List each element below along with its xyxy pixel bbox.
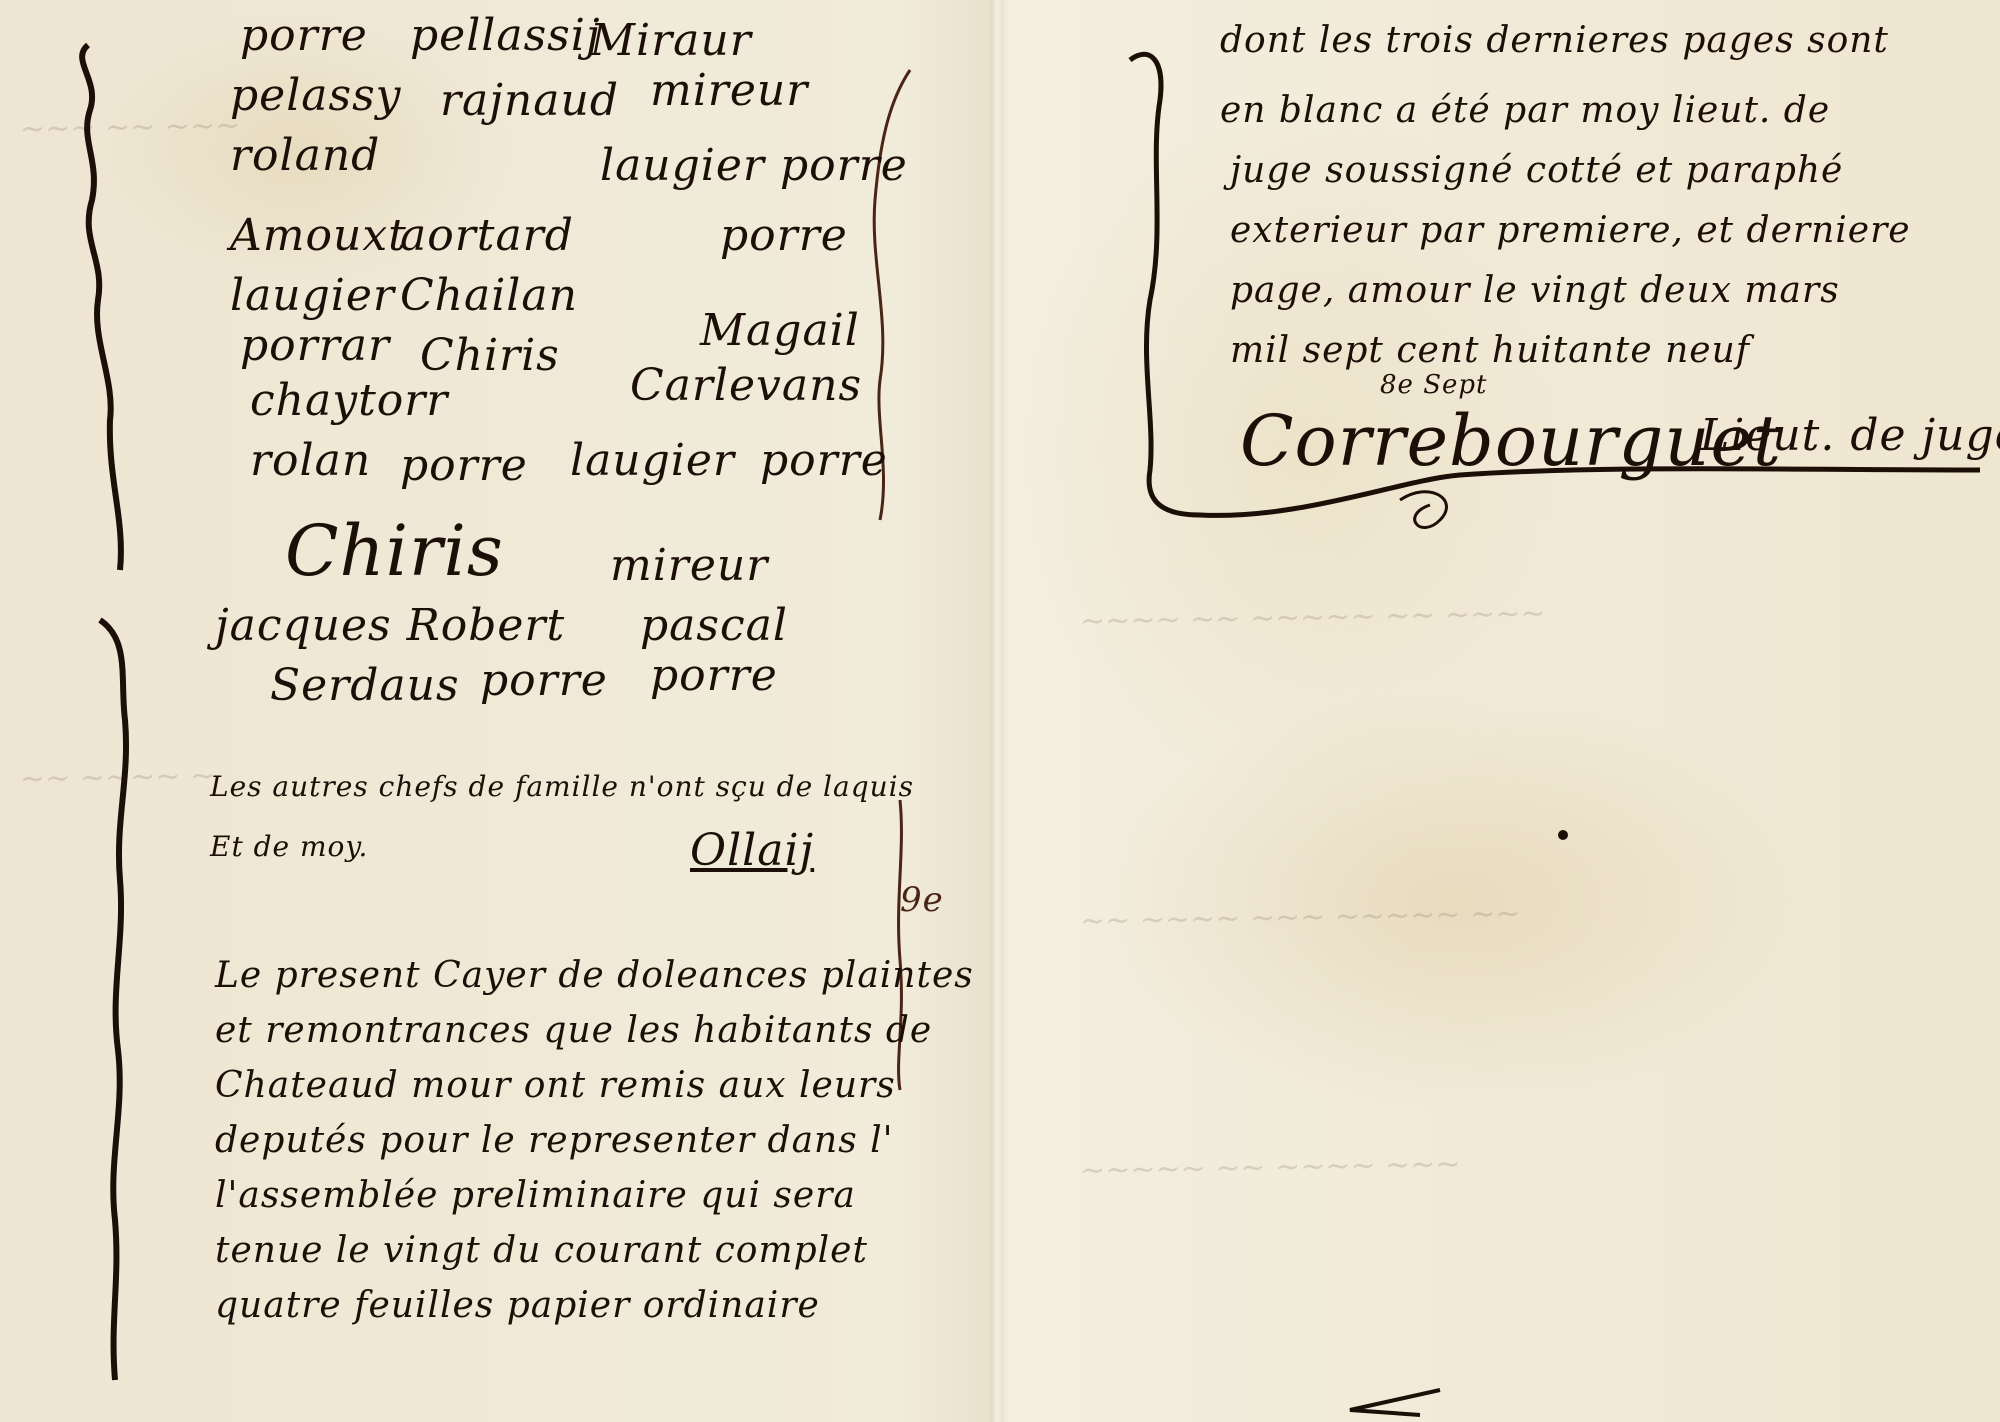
signature: rajnaud — [440, 75, 619, 126]
signature: porrar — [240, 320, 390, 371]
signature: Chiris — [285, 510, 504, 592]
judge-title: Lieut. de juge — [1700, 410, 2000, 461]
signature: porre — [650, 650, 778, 701]
signature: porre — [780, 140, 908, 191]
signature: aortard — [400, 210, 574, 261]
closing-line: l'assemblée preliminaire qui sera — [215, 1175, 856, 1216]
signature: Magail — [700, 305, 860, 356]
signature: chaytorr — [250, 375, 448, 426]
signature: rolan — [250, 435, 371, 486]
note-line: Les autres chefs de famille n'ont sçu de… — [210, 770, 914, 803]
signature: Carlevans — [630, 360, 862, 411]
signature: Amouxt — [230, 210, 407, 261]
text-line: exterieur par premiere, et derniere — [1230, 210, 1911, 251]
signature: porre — [760, 435, 888, 486]
signature: porre — [720, 210, 848, 261]
signature: Miraur — [590, 15, 752, 66]
signature: laugier — [570, 435, 735, 486]
signature: roland — [230, 130, 380, 181]
closing-line: tenue le vingt du courant complet — [215, 1230, 868, 1271]
signature: pellassij — [410, 10, 600, 61]
text-line: en blanc a été par moy lieut. de — [1220, 90, 1830, 131]
closing-line: Le present Cayer de doleances plaintes — [215, 955, 974, 996]
closing-line: Chateaud mour ont remis aux leurs — [215, 1065, 896, 1106]
folio-mark: 9e — [900, 880, 944, 920]
closing-line: et remontrances que les habitants de — [215, 1010, 932, 1051]
signature: pascal — [640, 600, 788, 651]
text-line: juge soussigné cotté et paraphé — [1230, 150, 1843, 191]
signature: mireur — [610, 540, 768, 591]
signature: Chailan — [400, 270, 578, 321]
closing-line: deputés pour le representer dans l' — [215, 1120, 894, 1161]
text-line: mil sept cent huitante neuf — [1230, 330, 1750, 371]
closing-line: quatre feuilles papier ordinaire — [215, 1285, 820, 1326]
signature: porre — [400, 440, 528, 491]
text-line: dont les trois dernieres pages sont — [1220, 20, 1889, 61]
signature: mireur — [650, 65, 808, 116]
signature: Chiris — [420, 330, 560, 381]
signature: pelassy — [230, 70, 402, 121]
superscript-date: 8e Sept — [1380, 370, 1487, 400]
manuscript-sheet: ~~~ ~~ ~~~ ~~ ~~~~ ~ ~~~~ ~~ ~~~~~ ~~ ~~… — [0, 0, 2000, 1422]
signature: laugier — [230, 270, 395, 321]
signature: laugier — [600, 140, 765, 191]
signature: jacques Robert — [215, 600, 565, 651]
note-signature: Ollaij — [690, 825, 814, 876]
signature: porre — [240, 10, 368, 61]
note-line: Et de moy. — [210, 830, 368, 863]
text-line: page, amour le vingt deux mars — [1230, 270, 1840, 311]
signature: porre — [480, 655, 608, 706]
signature: Serdaus — [270, 660, 460, 711]
